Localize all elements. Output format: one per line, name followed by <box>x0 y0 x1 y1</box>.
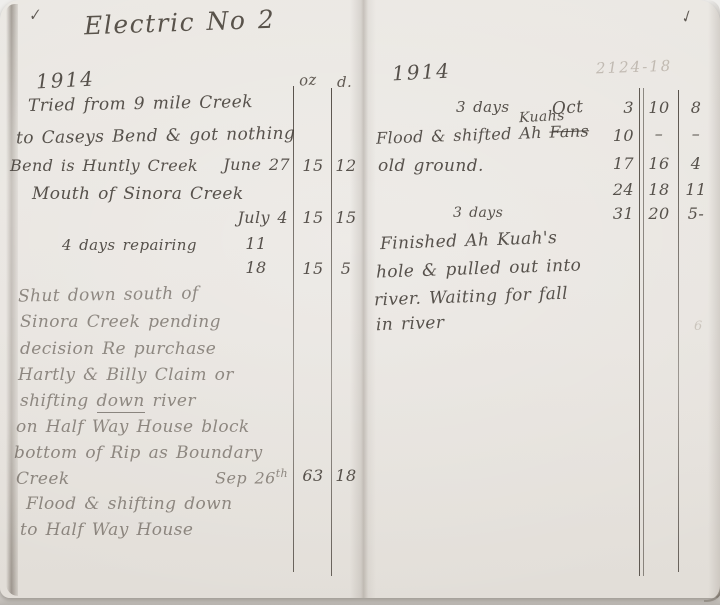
line-segment: river <box>153 391 196 411</box>
ledger-line: hole & pulled out into <box>376 257 582 281</box>
date-entry: 3 <box>592 100 634 116</box>
date-entry: 18 <box>242 260 270 276</box>
ledger-line: Finished Ah Kuah's <box>380 230 558 253</box>
date-entry: 31 <box>592 206 634 222</box>
ledger-line: Shut down south of <box>18 285 199 305</box>
amount-oz: – <box>644 126 674 142</box>
ledger-line: old ground. <box>378 158 484 175</box>
amount-oz: 10 <box>644 100 674 116</box>
ledger-line: Tried from 9 mile Creek <box>28 94 253 115</box>
amount-d: – <box>682 126 710 142</box>
ledger-line: Creek <box>16 471 70 488</box>
date-entry: 11 <box>242 236 270 252</box>
date-entry: June 27 <box>210 157 290 173</box>
amount-d: 18 <box>333 468 359 484</box>
date-entry: 24 <box>592 182 634 198</box>
ledger-line: Flood & shifting down <box>26 496 232 513</box>
left-column-rule-1 <box>293 86 294 572</box>
pencil-annotation: 2124-18 <box>596 59 673 77</box>
ledger-line: to Caseys Bend & got nothing <box>16 126 296 148</box>
ledger-line: Sinora Creek pending <box>20 314 221 331</box>
amount-d: 12 <box>333 158 359 174</box>
date-superscript: th <box>276 467 288 480</box>
notebook-page-spread: ✓ ✓ Electric No 2 1914 oz d. Tried from … <box>0 0 720 598</box>
ledger-line: river. Waiting for fall <box>374 286 568 310</box>
date-entry: 10 <box>592 128 634 144</box>
corner-curl-mark <box>704 572 720 602</box>
page-edge-shading <box>6 4 18 596</box>
ledger-line: bottom of Rip as Boundary <box>14 445 263 462</box>
line-segment: shifting <box>20 391 89 411</box>
date-entry: July 4 <box>226 210 288 226</box>
right-checkmark-icon: ✓ <box>677 8 695 27</box>
pencil-smudge: 6 <box>694 320 703 333</box>
amount-oz: 18 <box>644 182 674 198</box>
ledger-line: Flood & shifted Ah Fans <box>376 123 590 146</box>
ledger-line: shifting down river <box>20 393 196 410</box>
date-text: Sep 26 <box>215 468 276 487</box>
ledger-line: Bend is Huntly Creek <box>10 158 198 174</box>
left-column-rule-2 <box>331 88 332 576</box>
right-column-rule-2 <box>678 90 679 572</box>
amount-d: 15 <box>333 210 359 226</box>
ledger-line: 3 days <box>453 206 503 220</box>
ledger-line: in river <box>376 315 445 334</box>
page-gutter-shadow <box>350 0 376 598</box>
left-checkmark-icon: ✓ <box>27 7 43 24</box>
left-col-header-d: d. <box>337 75 352 90</box>
right-year: 1914 <box>392 60 452 83</box>
ledger-line: 3 days <box>456 100 509 115</box>
amount-oz: 16 <box>644 156 674 172</box>
date-entry: 17 <box>592 156 634 172</box>
ledger-line: decision Re purchase <box>20 341 216 358</box>
ledger-line: 4 days repairing <box>62 238 197 253</box>
struck-word: Fans <box>549 121 589 141</box>
scanned-ledger-photo: ✓ ✓ Electric No 2 1914 oz d. Tried from … <box>0 0 720 605</box>
amount-d: 5- <box>682 206 710 222</box>
ledger-line: to Half Way House <box>20 522 193 539</box>
amount-d: 5 <box>333 261 359 277</box>
amount-oz: 63 <box>297 468 329 484</box>
line-segment: Flood & shifted Ah <box>376 123 543 148</box>
amount-d: 4 <box>682 156 710 172</box>
date-entry: Sep 26th <box>190 468 288 486</box>
amount-oz: 20 <box>644 206 674 222</box>
amount-d: 8 <box>682 100 710 116</box>
amount-oz: 15 <box>297 261 329 277</box>
ledger-line: Mouth of Sinora Creek <box>32 186 244 203</box>
ledger-line: on Half Way House block <box>16 419 250 436</box>
right-edge-shading <box>708 0 720 598</box>
amount-oz: 15 <box>297 210 329 226</box>
page-title: Electric No 2 <box>84 7 276 39</box>
ledger-line: Hartly & Billy Claim or <box>18 367 234 384</box>
left-year: 1914 <box>36 68 96 91</box>
amount-d: 11 <box>682 182 710 198</box>
amount-oz: 15 <box>297 158 329 174</box>
underlined-word: down <box>97 391 145 413</box>
left-col-header-oz: oz <box>298 72 317 88</box>
